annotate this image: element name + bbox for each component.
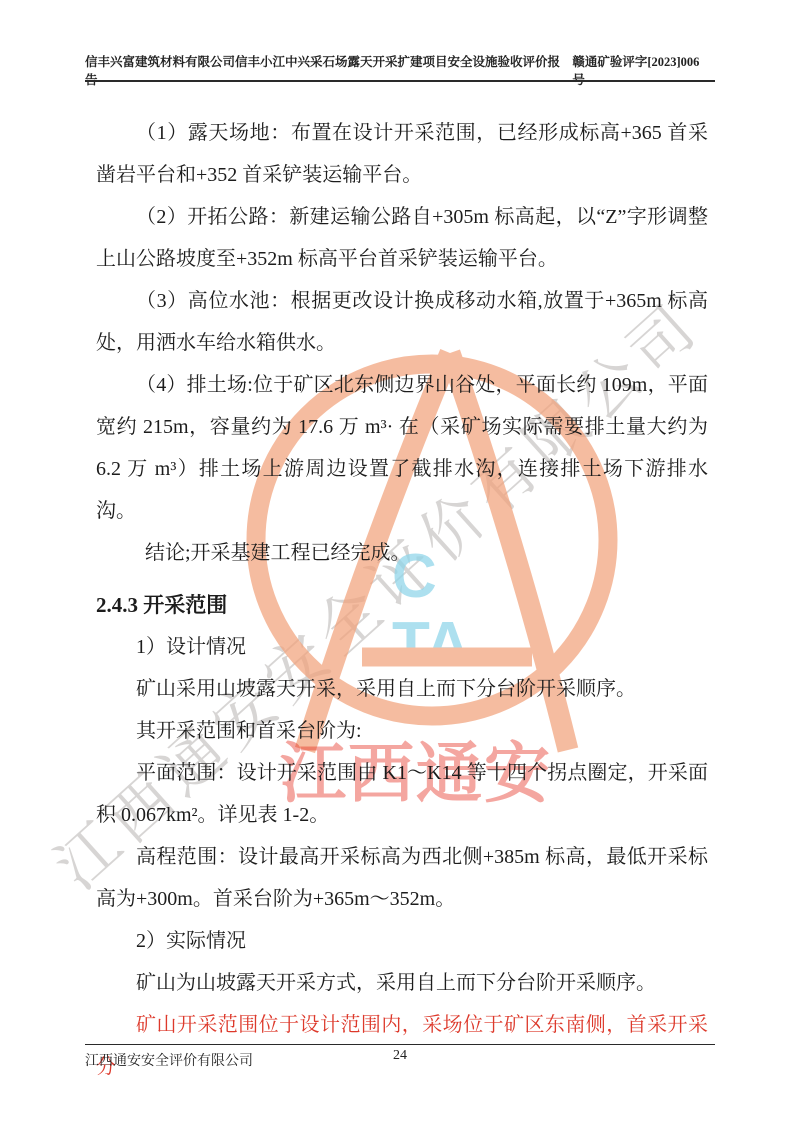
para-haul-road: （2）开拓公路：新建运输公路自+305m 标高起，以“Z”字形调整上山公路坡度至… [96, 196, 708, 280]
para-elevation-range: 高程范围：设计最高开采标高为西北侧+385m 标高，最低开采标高为+300m。首… [96, 836, 708, 920]
para-actual-scope: 矿山开采范围位于设计范围内，采场位于矿区东南侧，首采开采分 [96, 1004, 708, 1088]
header-report-title: 信丰兴富建筑材料有限公司信丰小江中兴采石场露天开采扩建项目安全设施验收评价报告 [85, 52, 572, 88]
para-dump-site: （4）排土场:位于矿区北东侧边界山谷处，平面长约 109m，平面宽约 215m，… [96, 364, 708, 532]
document-body: （1）露天场地：布置在设计开采范围，已经形成标高+365 首采凿岩平台和+352… [96, 112, 708, 1088]
section-heading: 2.4.3 开采范围 [96, 584, 708, 626]
para-design-label: 1）设计情况 [96, 626, 708, 668]
page-header: 信丰兴富建筑材料有限公司信丰小江中兴采石场露天开采扩建项目安全设施验收评价报告 … [85, 52, 715, 88]
para-open-site: （1）露天场地：布置在设计开采范围，已经形成标高+365 首采凿岩平台和+352… [96, 112, 708, 196]
footer-rule [85, 1044, 715, 1045]
para-conclusion: 结论;开采基建工程已经完成。 [96, 532, 708, 574]
footer-page-number: 24 [0, 1048, 800, 1064]
para-water-tank: （3）高位水池：根据更改设计换成移动水箱,放置于+365m 标高处，用洒水车给水… [96, 280, 708, 364]
document-page: 江西通安安全评价有限公司 C TA 江西通安 信丰兴富建筑材料有限公司信丰小江中… [0, 0, 800, 1131]
header-rule [85, 80, 715, 82]
para-scope-intro: 其开采范围和首采台阶为: [96, 710, 708, 752]
para-design-method: 矿山采用山坡露天开采，采用自上而下分台阶开采顺序。 [96, 668, 708, 710]
header-document-number: 赣通矿验评字[2023]006 号 [572, 52, 715, 88]
para-plan-range: 平面范围：设计开采范围由 K1～K14 等十四个拐点圈定，开采面积 0.067k… [96, 752, 708, 836]
para-actual-label: 2）实际情况 [96, 920, 708, 962]
para-actual-method: 矿山为山坡露天开采方式，采用自上而下分台阶开采顺序。 [96, 962, 708, 1004]
